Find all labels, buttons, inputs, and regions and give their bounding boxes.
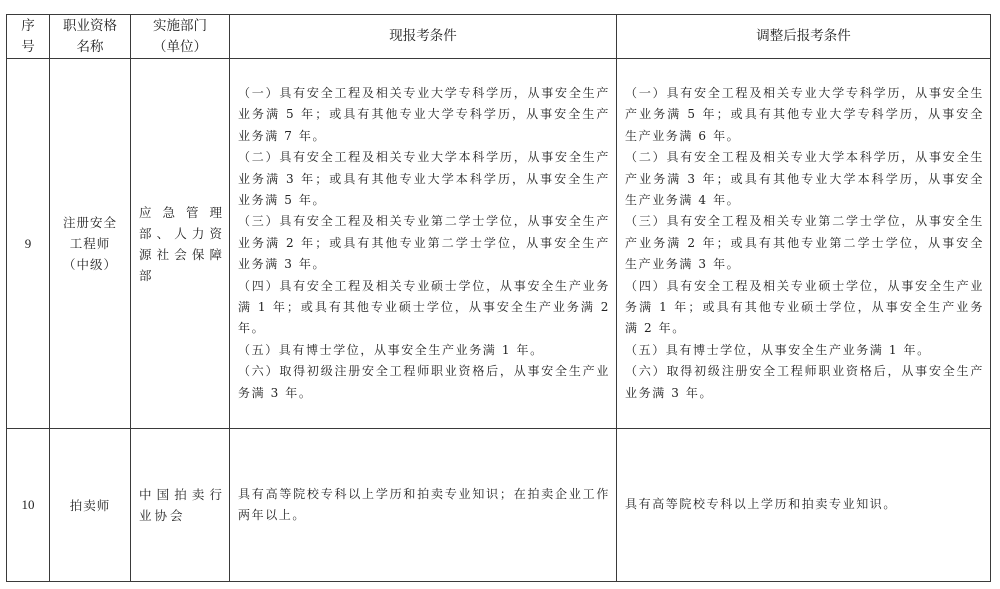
condition-item: 具有高等院校专科以上学历和拍卖专业知识。	[625, 494, 984, 515]
name-line: 拍卖师	[50, 495, 130, 516]
row-department: 应急管理部、人力资源社会保障部	[131, 59, 230, 429]
row-index: 9	[7, 59, 50, 429]
row-index: 10	[7, 429, 50, 582]
row-adjusted-conditions: （一）具有安全工程及相关专业大学专科学历，从事安全生产业务满 5 年；或具有其他…	[617, 59, 991, 429]
name-line: 工程师	[50, 233, 130, 254]
condition-item: （三）具有安全工程及相关专业第二学士学位，从事安全生产业务满 2 年；或具有其他…	[238, 211, 610, 275]
header-adjusted-conditions: 调整后报考条件	[617, 15, 991, 59]
qualification-conditions-table: 序 号 职业资格 名称 实施部门 （单位） 现报考条件 调整后报考条件 9 注册…	[6, 14, 991, 582]
row-adjusted-conditions: 具有高等院校专科以上学历和拍卖专业知识。	[617, 429, 991, 582]
row-current-conditions: 具有高等院校专科以上学历和拍卖专业知识；在拍卖企业工作两年以上。	[230, 429, 617, 582]
name-line: 注册安全	[50, 212, 130, 233]
condition-item: （六）取得初级注册安全工程师职业资格后，从事安全生产业务满 3 年。	[625, 361, 984, 404]
row-current-conditions: （一）具有安全工程及相关专业大学专科学历，从事安全生产业务满 5 年；或具有其他…	[230, 59, 617, 429]
row-qualification-name: 拍卖师	[50, 429, 131, 582]
condition-item: （四）具有安全工程及相关专业硕士学位，从事安全生产业务满 1 年；或具有其他专业…	[625, 276, 984, 340]
name-line: （中级）	[50, 254, 130, 275]
table-row: 10 拍卖师 中国拍卖行业协会 具有高等院校专科以上学历和拍卖专业知识；在拍卖企…	[7, 429, 991, 582]
condition-item: （二）具有安全工程及相关专业大学本科学历，从事安全生产业务满 3 年；或具有其他…	[625, 147, 984, 211]
condition-item: （六）取得初级注册安全工程师职业资格后，从事安全生产业务满 3 年。	[238, 361, 610, 404]
table-header-row: 序 号 职业资格 名称 实施部门 （单位） 现报考条件 调整后报考条件	[7, 15, 991, 59]
condition-item: 具有高等院校专科以上学历和拍卖专业知识；在拍卖企业工作两年以上。	[238, 484, 610, 527]
condition-item: （一）具有安全工程及相关专业大学专科学历，从事安全生产业务满 5 年；或具有其他…	[625, 83, 984, 147]
row-qualification-name: 注册安全 工程师 （中级）	[50, 59, 131, 429]
header-qualification-name: 职业资格 名称	[50, 15, 131, 59]
header-dept-line-2: （单位）	[131, 37, 229, 58]
condition-item: （三）具有安全工程及相关专业第二学士学位，从事安全生产业务满 2 年；或具有其他…	[625, 211, 984, 275]
header-current-conditions: 现报考条件	[230, 15, 617, 59]
header-index: 序 号	[7, 15, 50, 59]
condition-item: （四）具有安全工程及相关专业硕士学位，从事安全生产业务满 1 年；或具有其他专业…	[238, 276, 610, 340]
header-dept-line-1: 实施部门	[131, 16, 229, 37]
table-row: 9 注册安全 工程师 （中级） 应急管理部、人力资源社会保障部 （一）具有安全工…	[7, 59, 991, 429]
header-name-line-2: 名称	[50, 37, 130, 58]
header-index-line-1: 序	[7, 16, 49, 37]
header-name-line-1: 职业资格	[50, 16, 130, 37]
condition-item: （五）具有博士学位，从事安全生产业务满 1 年。	[625, 340, 984, 361]
header-department: 实施部门 （单位）	[131, 15, 230, 59]
row-department: 中国拍卖行业协会	[131, 429, 230, 582]
header-index-line-2: 号	[7, 37, 49, 58]
condition-item: （一）具有安全工程及相关专业大学专科学历，从事安全生产业务满 5 年；或具有其他…	[238, 83, 610, 147]
condition-item: （五）具有博士学位，从事安全生产业务满 1 年。	[238, 340, 610, 361]
condition-item: （二）具有安全工程及相关专业大学本科学历，从事安全生产业务满 3 年；或具有其他…	[238, 147, 610, 211]
